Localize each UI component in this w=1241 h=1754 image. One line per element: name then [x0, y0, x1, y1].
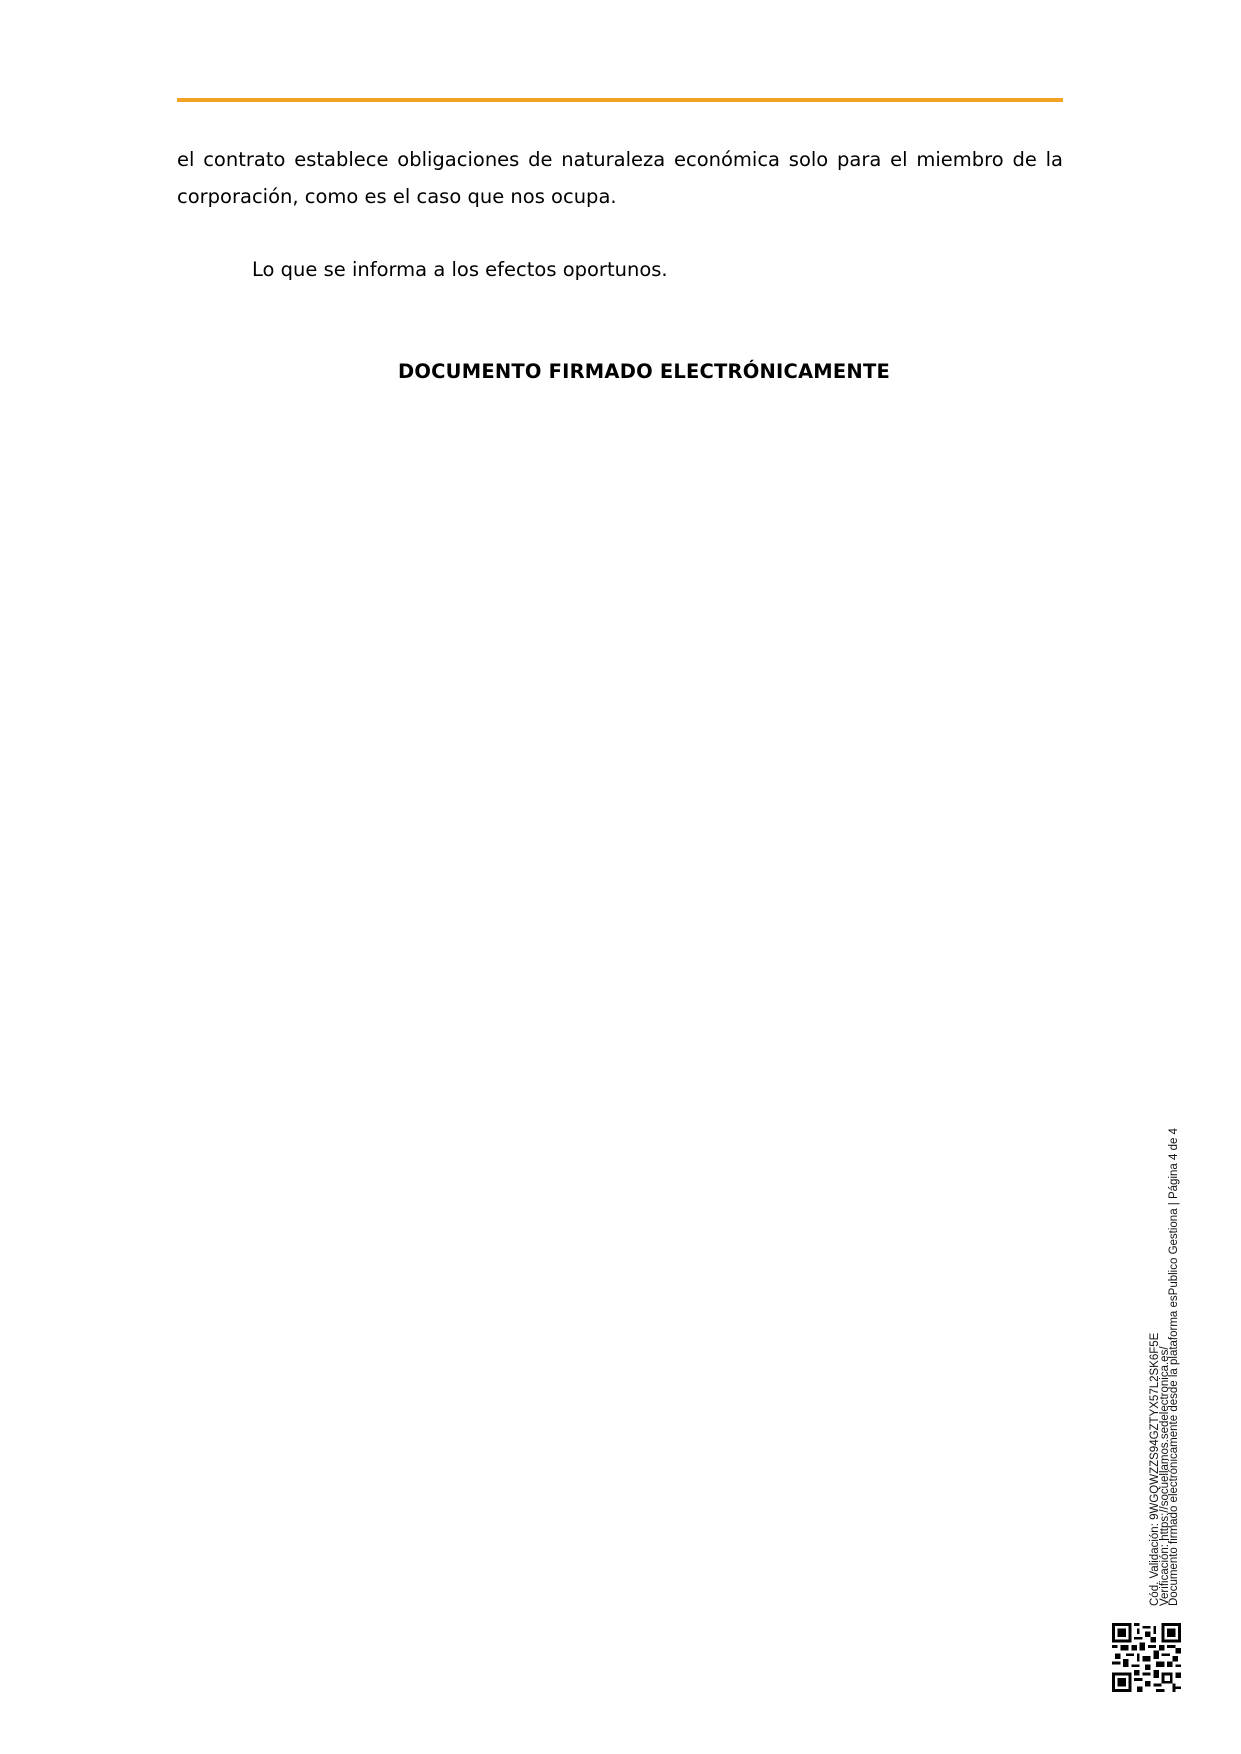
- signature-heading: DOCUMENTO FIRMADO ELECTRÓNICAMENTE: [398, 360, 890, 383]
- qr-code-icon: [1112, 1623, 1181, 1692]
- body-paragraph: el contrato establece obligaciones de na…: [177, 141, 1063, 215]
- closing-paragraph: Lo que se informa a los efectos oportuno…: [252, 251, 1052, 288]
- signature-footer: Documento firmado electrónicamente desde…: [1170, 1128, 1180, 1606]
- verification-sidebar: Cód. Validación: 9WGQWZZS94GZTYX57L2SK6F…: [1151, 1128, 1180, 1606]
- header-rule: [177, 98, 1063, 102]
